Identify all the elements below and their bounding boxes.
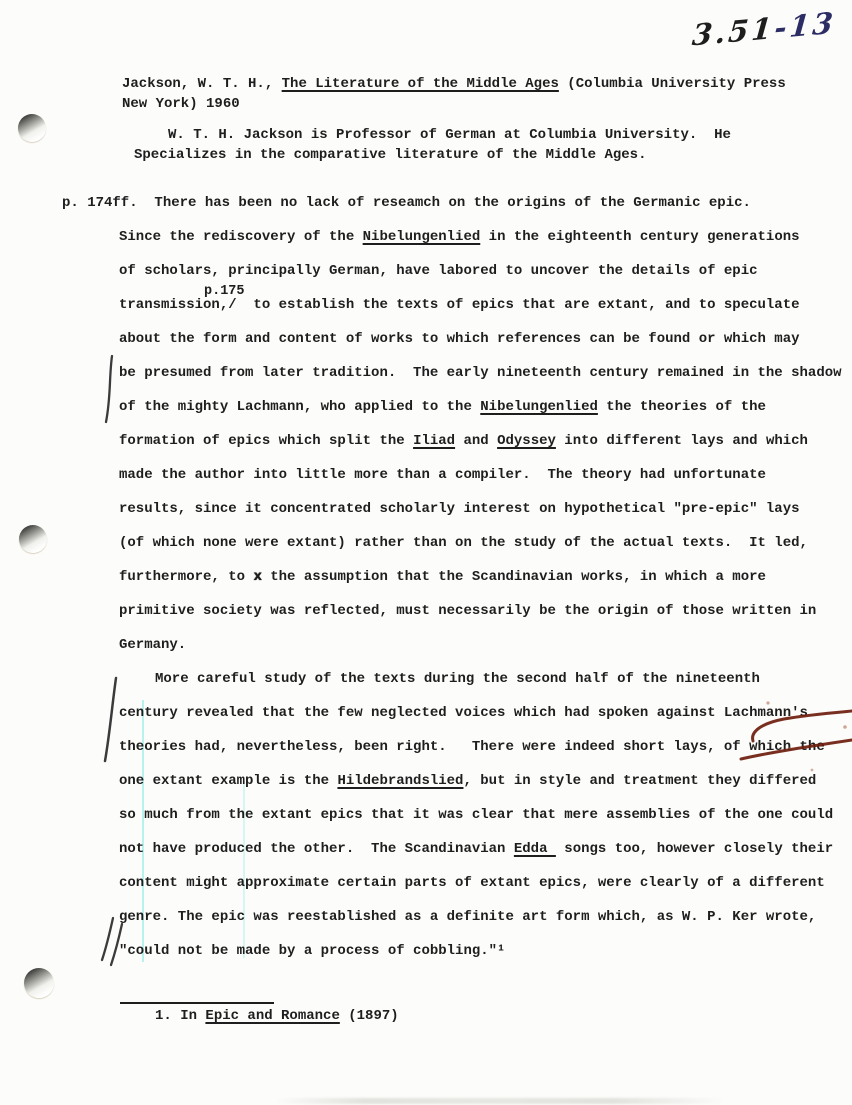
text-line: theories had, nevertheless, been right. …	[0, 730, 852, 764]
text-line: content might approximate certain parts …	[0, 866, 852, 900]
scan-smudge	[275, 1098, 725, 1104]
text-line: about the form and content of works to w…	[0, 322, 852, 356]
author-bio-line-1: W. T. H. Jackson is Professor of German …	[168, 127, 731, 143]
text-line: of scholars, principally German, have la…	[0, 254, 852, 288]
footnote-rule	[120, 1002, 274, 1004]
punch-hole-bottom	[24, 968, 54, 998]
body-text: p. 174ff. There has been no lack of rese…	[0, 186, 852, 968]
text-line: genre. The epic was reestablished as a d…	[0, 900, 852, 934]
text-line: made the author into little more than a …	[0, 458, 852, 492]
citation-line-1: Jackson, W. T. H., The Literature of the…	[122, 76, 786, 92]
text-line: century revealed that the few neglected …	[0, 696, 852, 730]
text-line: p. 174ff. There has been no lack of rese…	[0, 186, 852, 220]
text-line: More careful study of the texts during t…	[0, 662, 852, 696]
text-line: one extant example is the Hildebrandslie…	[0, 764, 852, 798]
handwritten-mark-blue: -13	[773, 6, 837, 46]
punch-hole-top	[18, 114, 46, 142]
text-line: furthermore, to x the assumption that th…	[0, 560, 852, 594]
text-line: primitive society was reflected, must ne…	[0, 594, 852, 628]
text-line: results, since it concentrated scholarly…	[0, 492, 852, 526]
document-page: 3.51-13 Jackson, W. T. H., The Literatur…	[0, 0, 852, 1105]
text-line: transmission,/ to establish the texts of…	[0, 288, 852, 322]
text-line: not have produced the other. The Scandin…	[0, 832, 852, 866]
text-line: formation of epics which split the Iliad…	[0, 424, 852, 458]
text-line: "could not be made by a process of cobbl…	[0, 934, 852, 968]
footnote-text: 1. In Epic and Romance (1897)	[155, 1008, 399, 1024]
handwritten-page-mark: 3.51-13	[691, 6, 838, 53]
text-line: of the mighty Lachmann, who applied to t…	[0, 390, 852, 424]
text-line: Germany.	[0, 628, 852, 662]
handwritten-mark-black: 3.51	[691, 11, 776, 53]
text-line: Since the rediscovery of the Nibelungenl…	[0, 220, 852, 254]
citation-line-2: New York) 1960	[122, 96, 240, 112]
text-line: be presumed from later tradition. The ea…	[0, 356, 852, 390]
author-bio-line-2: Specializes in the comparative literatur…	[134, 147, 646, 163]
text-line: (of which none were extant) rather than …	[0, 526, 852, 560]
text-line: so much from the extant epics that it wa…	[0, 798, 852, 832]
